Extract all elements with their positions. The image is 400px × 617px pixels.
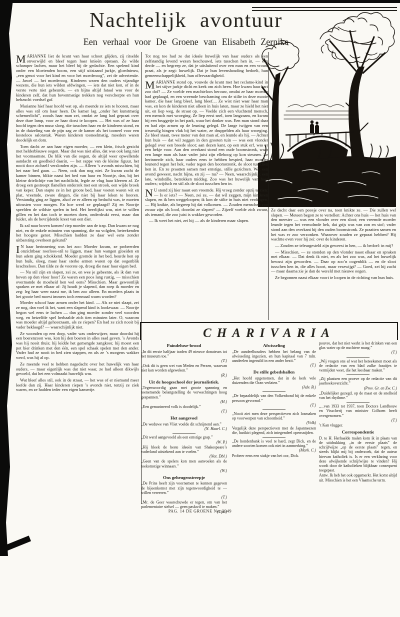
item-text: Vergelijk deze perspectieven met de Japa… <box>232 426 316 435</box>
charivaria-header-box: CHARIVARIA <box>140 322 398 340</box>
charivaria-item: Antw. Ik heb het ook opgemerkt. Het komt… <box>319 473 397 482</box>
story-paragraph: Marianne hief haar hoofd wat op, als mee… <box>16 104 139 143</box>
story-paragraph: — Nu stil zijn en slapen, zei ze, en wee… <box>16 270 139 299</box>
item-source: (T.) <box>141 358 227 363</box>
charivaria-item: ’t Kan vlugger. <box>319 423 397 428</box>
charivaria-item: „De bepaaldelijk van den Volkenbond bij … <box>232 394 316 408</box>
charivaria-heading: Afwisseling <box>232 344 316 349</box>
item-source: (T.) <box>232 403 316 408</box>
item-text: Probeer eens een stukje van het oor, Dic… <box>232 453 299 458</box>
story-text: U stond zij hier naast een vreemde. Hij … <box>145 187 268 216</box>
story-text: — Misschien, — ze stonden op den vlonder… <box>271 249 396 273</box>
item-divider <box>263 437 286 438</box>
item-text: „Mr. de Geer waarschuwde er tegen, om va… <box>141 500 227 509</box>
story-text: Moeder schoof haar armen onder het kind.… <box>16 300 139 329</box>
charivaria-column-2: Afwisseling „De aandeelhouders hebben he… <box>232 341 316 458</box>
charivaria-heading: Ons geheugenstreepje <box>141 475 227 480</box>
item-source: (Adv. B.) <box>232 385 316 390</box>
charivaria-item: Vergelijk deze perspectieven met de Japa… <box>232 426 316 435</box>
item-text: „...van 1933 tot 1937, toen Doctors Land… <box>319 404 397 418</box>
item-text: „De aandeelhouders hebben het belang van… <box>232 349 316 363</box>
item-text: „Geen van de spelers kon men aanvoelen a… <box>141 459 227 468</box>
charivaria-item: „Ook dit is geen wet van Meden en Perzen… <box>141 364 227 378</box>
item-source: (Nat. Dbl.) <box>141 454 227 459</box>
park-trees-bridge-illustration <box>258 11 396 207</box>
story-paragraph: — Ik weet het niet, zei hij — als de kin… <box>145 219 268 224</box>
scan-edge-top <box>0 0 400 3</box>
item-text: „Het hoofd opgenomen, dat in de kerk vel… <box>232 376 316 385</box>
story-column-2: Tot nog toe had ze dat ideale huwelijk v… <box>145 54 268 225</box>
item-text: „De bepaaldelijk van den Volkenbond bij … <box>232 394 316 403</box>
item-source: (T.) <box>141 495 227 500</box>
item-source: (T.) <box>319 418 397 423</box>
story-paragraph: MARIANNE liet de krant van haar schoot g… <box>16 54 139 103</box>
item-text: „Tegenwoordig gaan met groote spanning e… <box>141 386 227 400</box>
story-paragraph: Wat bleef alles stil, ook in de straat, … <box>16 378 139 393</box>
item-divider <box>263 410 286 411</box>
charivaria-heading: Het aangevoel <box>141 416 227 421</box>
item-divider <box>347 357 370 358</box>
story-text: Ze dacht daar een poosje over na, toen k… <box>271 208 396 242</box>
item-source: (H.) <box>141 399 227 404</box>
charivaria-item: „Zij plaatsen een proeve op de redactie … <box>319 377 397 391</box>
charivaria-item: „Geen van de spelers kon men aanvoelen a… <box>141 459 227 473</box>
story-text: Wat bleef alles stil, ook in de straat, … <box>16 378 139 393</box>
charivaria-item: D. te H. Herhaalde malen kom ik in plaat… <box>319 436 397 473</box>
story-text: — Zouden ze teleurgesteld zijn geweest i… <box>275 243 393 248</box>
item-text: D. te H. Herhaalde malen kom ik in plaat… <box>319 436 397 473</box>
story-paragraph: Ze woonden op een dorp, vader was onderw… <box>16 331 139 360</box>
story-paragraph: NU stond zij hier naast een vreemde. Hij… <box>145 188 268 217</box>
charivaria-heading: De stille gebedshallen <box>232 370 316 375</box>
item-divider <box>173 433 196 434</box>
item-source: (W. P.) <box>141 440 227 445</box>
item-text: „Hij bleek de beste ideeën van Shakespea… <box>141 445 227 454</box>
column-rule <box>268 52 269 320</box>
story-paragraph: Ze begonnen naast elkaar voort te loopen… <box>271 276 396 281</box>
story-text: Tot nog toe had ze dat ideale huwelijk v… <box>145 54 268 78</box>
charivaria-item: „De aandeelhouders hebben het belang van… <box>232 349 316 367</box>
charivaria-item: „Een gemarineerd volk is doodelijk.”(T.) <box>141 405 227 414</box>
item-source: (T.) <box>319 350 397 355</box>
charivaria-heading: Correspondentie <box>319 430 397 435</box>
item-source: (N. Haarl. C.) <box>141 427 227 432</box>
item-text: „De Prins heeft zijn voornemen te kennen… <box>141 481 227 495</box>
story-text: Ze begonnen naast elkaar voort te loopen… <box>275 275 394 280</box>
story-paragraph: Ik zal naar boven komen! riep moeder aan… <box>16 223 139 242</box>
story-text: N haar herinnering was het zoo: Moeder k… <box>16 244 139 268</box>
item-divider <box>347 375 370 376</box>
item-text: „Dit werd aangevoeld als een ernstige gr… <box>141 435 213 440</box>
charivaria-column-3: pouvre, dat het niet werkt is het drinke… <box>319 341 397 483</box>
item-divider <box>263 392 286 393</box>
charivaria-column-1: Paindeluxe-brood „In dit eerste halfjaar… <box>141 341 227 514</box>
story-paragraph: IN haar herinnering was het zoo: Moeder … <box>16 244 139 268</box>
story-text: ARIANNE stond op, vouwde de krant met he… <box>145 79 268 186</box>
dropcap: N <box>145 188 154 197</box>
charivaria-item: „Hij bleek de beste ideeën van Shakespea… <box>141 445 227 459</box>
story-paragraph: Ze dacht daar een poosje over na, toen k… <box>271 208 396 242</box>
charivaria-item: „De hondenbank is veel te hard, zegt Dic… <box>232 439 316 453</box>
charivaria-item: „In dit eerste halfjaar traden 49 nieuwe… <box>141 349 227 363</box>
item-source: (T.) <box>232 363 316 368</box>
item-source: (Prov. Gr. en Zw. C.) <box>319 386 397 391</box>
item-divider <box>347 402 370 403</box>
dropcap: M <box>16 54 27 63</box>
charivaria-item: „Nooit ziet men deze perspectieven zich … <box>232 412 316 426</box>
dropcap: M <box>145 80 156 89</box>
story-column-3: Ze dacht daar een poosje over na, toen k… <box>271 208 396 282</box>
story-paragraph: — Misschien, — ze stonden op den vlonder… <box>271 250 396 274</box>
item-source: (W.) <box>141 468 227 473</box>
charivaria-item: „Wij vragen ons af wat het beteekenen mo… <box>319 359 397 373</box>
newspaper-page: Nachtelijk avontuur Een verhaal voor De … <box>0 0 400 617</box>
story-paragraph: Moeder schoof haar armen onder het kind.… <box>16 301 139 330</box>
item-text: „Duidelijker gezegd, op de maat en de sn… <box>319 391 397 400</box>
item-text: „Nooit ziet men deze perspectieven zich … <box>232 412 316 421</box>
item-text: „Ook dit is geen wet van Meden en Perzen… <box>141 364 227 373</box>
story-text: — Ik weet het niet, zei hij — als de kin… <box>149 218 249 223</box>
charivaria-item: „Het hoofd opgenomen, dat in de kerk vel… <box>232 376 316 390</box>
story-text: — Nu stil zijn en slapen, zei ze, en wee… <box>16 270 139 299</box>
item-source: (Volk) <box>232 421 316 426</box>
item-text: Antw. Ik heb het ook opgemerkt. Het komt… <box>319 473 397 482</box>
charivaria-item: „Dit werd aangevoeld als een ernstige gr… <box>141 435 227 444</box>
item-text: „Zij plaatsen een proeve op de redactie … <box>319 377 397 386</box>
charivaria-item: Probeer eens een stukje van het oor, Dic… <box>232 453 316 458</box>
item-text: pouvre, dat het niet werkt is het drinke… <box>319 341 397 350</box>
story-paragraph: Ze meende veel te hebben nagedacht over … <box>16 362 139 377</box>
scan-edge-left <box>0 0 13 556</box>
charivaria-item: „Tegenwoordig gaan met groote spanning e… <box>141 386 227 404</box>
item-text: „Wij vragen ons af wat het beteekenen mo… <box>319 359 397 373</box>
story-text: ARIANNE liet de krant van haar schoot gl… <box>16 54 139 103</box>
page-footer: PAG. 14 DE GROENE No. 3349 <box>0 509 400 514</box>
item-text: ’t Kan vlugger. <box>319 423 343 428</box>
item-source: (T.) <box>141 409 227 414</box>
story-paragraph: MARIANNE stond op, vouwde de krant met h… <box>145 80 268 187</box>
charivaria-item: „De Prins heeft zijn voornemen te kennen… <box>141 481 227 499</box>
story-text: Toen dacht ze aan haar eigen moeder, — e… <box>16 144 139 222</box>
charivaria-title: CHARIVARIA <box>141 323 397 341</box>
story-paragraph: — Zouden ze teleurgesteld zijn geweest i… <box>271 243 396 248</box>
item-text: „In dit eerste halfjaar traden 49 nieuwe… <box>141 349 227 358</box>
story-column-1: MARIANNE liet de krant van haar schoot g… <box>16 54 139 394</box>
charivaria-item: pouvre, dat het niet werkt is het drinke… <box>319 341 397 355</box>
item-text: „De hondenbank is veel te hard, zegt Dic… <box>232 439 316 448</box>
story-paragraph: Toen dacht ze aan haar eigen moeder, — e… <box>16 144 139 222</box>
story-text: Ik zal naar boven komen! riep moeder aan… <box>16 223 139 243</box>
item-source: (R.) <box>141 373 227 378</box>
story-text: Ze woonden op een dorp, vader was onderw… <box>16 331 139 360</box>
story-text: Marianne hief haar hoofd wat op, als mee… <box>16 104 139 143</box>
charivaria-heading: Uit de hoogeschool der journalistiek. <box>141 380 227 385</box>
story-paragraph: Tot nog toe had ze dat ideale huwelijk v… <box>145 54 268 78</box>
charivaria-heading: Paindeluxe-brood <box>141 344 227 349</box>
top-rule <box>252 7 397 8</box>
item-text: „Een gemarineerd volk is doodelijk.” <box>141 405 201 410</box>
item-source: (Mark. C.) <box>232 448 316 453</box>
charivaria-item: „...van 1933 tot 1937, toen Doctors Land… <box>319 404 397 422</box>
charivaria-item: „De weduwe van Vliet voelde dit schrijne… <box>141 422 227 431</box>
charivaria-item: „Duidelijker gezegd, op de maat en de sn… <box>319 391 397 400</box>
story-text: Ze meende veel te hebben nagedacht over … <box>16 361 139 376</box>
